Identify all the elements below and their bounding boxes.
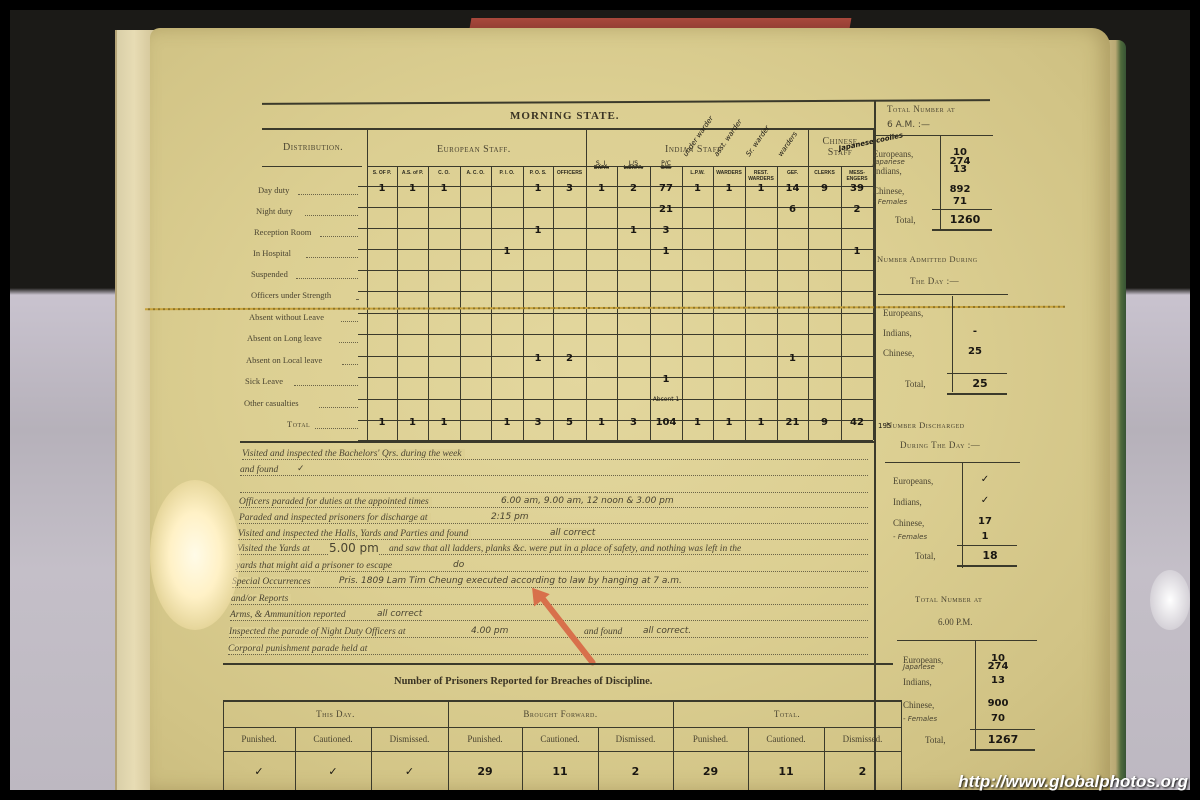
discipline-column-header: Punished. [673, 734, 748, 744]
grid-row-line [358, 313, 873, 314]
cell-value: 1 [428, 183, 460, 194]
row-label: In Hospital [253, 248, 291, 258]
report-line-text: Arms, & Ammunition reported [230, 610, 349, 620]
panel-row-label: Indians, [873, 166, 902, 176]
report-line-text: Visited the Yards at [237, 544, 313, 554]
panel-row-value: 892 [940, 184, 980, 195]
panel-row-value: 900 [978, 698, 1018, 709]
panel-row-label: Europeans, [893, 476, 933, 486]
light-reflection [1150, 570, 1190, 630]
report-line-text: and/or Reports [231, 594, 291, 604]
report-line-text: Visited and inspected the Halls, Yards a… [238, 529, 471, 539]
six-pm-heading: Total Number at [915, 594, 982, 604]
cell-value: 1 [617, 225, 650, 236]
report-line-value: Pris. 1809 Lam Tim Cheung executed accor… [339, 576, 682, 586]
panel-total-rule [970, 729, 1035, 730]
cell-value: 1 [745, 183, 777, 194]
cell-value: 1 [523, 183, 553, 194]
cell-value: 104 [650, 417, 682, 428]
discharged-rule [885, 462, 1020, 463]
panel-row-value: 71 [940, 196, 980, 207]
report-line-value-2: all correct. [643, 626, 691, 636]
panel-row-value: 1 [965, 531, 1005, 542]
row-leader-dots [320, 236, 358, 237]
grid-row-line [358, 291, 873, 292]
morning-state-title: MORNING STATE. [510, 110, 620, 122]
column-header-label: REST. WARDERS [748, 170, 774, 182]
panel-row-label: Chinese, [883, 348, 914, 358]
discharged-vrule [962, 463, 963, 568]
panel-total-label: Total, [915, 551, 936, 561]
discipline-value: 29 [673, 765, 748, 778]
cell-value: 1 [713, 183, 745, 194]
row-leader-dots [356, 299, 358, 300]
column-header: A.S. of P. [397, 170, 428, 176]
six-am-rule [875, 135, 993, 136]
report-line-value: ✓ [297, 464, 305, 474]
discipline-value: ✓ [223, 765, 295, 778]
cell-value: 1 [491, 417, 523, 428]
six-pm-subheading: 6.00 P.M. [938, 617, 973, 627]
panel-row-label: - Females [903, 715, 937, 723]
row-label: Day duty [258, 185, 289, 195]
cell-value: 1 [682, 183, 713, 194]
report-line-text: and found [240, 465, 281, 475]
cell-value: 3 [553, 183, 586, 194]
cell-value: 1 [586, 183, 617, 194]
report-line-text-after: and found [584, 627, 625, 637]
report-line-dots [232, 587, 868, 588]
report-line-text: Officers paraded for duties at the appoi… [239, 497, 432, 507]
column-header: CLERKS [808, 170, 841, 176]
grid-row-line [358, 270, 873, 271]
column-header-label: MESS-ENGERS [846, 170, 867, 182]
cell-value: 1 [841, 246, 873, 257]
panel-row-label: Indians, [883, 328, 912, 338]
panel-total-rule [947, 373, 1007, 374]
column-header: C. O. [428, 170, 460, 176]
cell-value: 1 [682, 417, 713, 428]
report-line-value: 6.00 am, 9.00 am, 12 noon & 3.00 pm [501, 496, 674, 506]
row-leader-dots [315, 428, 359, 429]
column-header-label: GEF. [787, 170, 798, 176]
discipline-group-header: Total. [673, 709, 901, 719]
cell-value: 2 [841, 204, 873, 215]
report-line-dots [230, 620, 868, 621]
discipline-value: 2 [824, 765, 901, 778]
column-header-label: A. C. O. [466, 170, 484, 176]
distribution-header: Distribution. [283, 142, 343, 153]
cell-value: 1 [745, 417, 777, 428]
panel-row-value: 70 [978, 713, 1018, 724]
row-label: Officers under Strength [251, 290, 331, 300]
discharged-heading: Number Discharged [886, 420, 965, 430]
cell-value: 9 [808, 183, 841, 194]
grid-row-line [358, 228, 873, 229]
row-label: Absent on Long leave [247, 333, 322, 343]
row-label: Suspended [251, 269, 288, 279]
report-line-dots [240, 492, 868, 493]
report-line-dots [239, 507, 868, 508]
column-header: P. I. O. [491, 170, 523, 176]
report-line-dots [236, 571, 868, 572]
report-line-value: 5.00 pm [329, 541, 379, 555]
cell-value: 21 [777, 417, 808, 428]
grid-row-line [358, 334, 873, 335]
cell-value: 39 [841, 183, 873, 194]
grid-column-line [586, 128, 587, 440]
cell-value: 1 [650, 246, 682, 257]
cell-value: 77 [650, 183, 682, 194]
cell-value: 1 [523, 353, 553, 364]
row-label: Absent on Local leave [246, 355, 322, 365]
cell-value: 3 [617, 417, 650, 428]
column-header: A. C. O. [460, 170, 491, 176]
report-line-text: Corporal punishment parade held at [228, 644, 370, 654]
column-header-label: CLERKS [814, 170, 835, 176]
panel-row-value: ✓ [965, 495, 1005, 506]
discipline-group-header: This Day. [223, 709, 448, 719]
cell-value: 1 [586, 417, 617, 428]
column-header: GEF. [777, 170, 808, 176]
report-line-value: 4.00 pm [471, 626, 508, 636]
panel-total-value: 1267 [978, 733, 1028, 746]
cell-value: 9 [808, 417, 841, 428]
cell-value: 5 [553, 417, 586, 428]
discipline-group-header: Brought Forward. [448, 709, 673, 719]
panel-total-rule [932, 209, 992, 210]
grid-row-line [358, 249, 873, 250]
report-line-dots [228, 654, 868, 655]
report-line-text-after: and saw that all ladders, planks &c. wer… [389, 544, 741, 554]
six-am-subheading: 6 A.M. :— [887, 120, 930, 130]
column-header: L.P.W. [682, 170, 713, 176]
report-line-text: Inspected the parade of Night Duty Offic… [229, 627, 409, 637]
column-header-label: P. O. S. [530, 170, 547, 176]
discipline-column-header: Dismissed. [824, 734, 901, 744]
discipline-value: 2 [598, 765, 673, 778]
column-header-label: S. OF P. [373, 170, 392, 176]
european-staff-header: European Staff. [437, 144, 511, 155]
cell-value: 1 [397, 183, 428, 194]
panel-total-underline [932, 229, 992, 231]
panel-row-value: 274 [978, 661, 1018, 672]
panel-row-value: 17 [965, 516, 1005, 527]
grid-row-line [358, 399, 873, 400]
discipline-value: 29 [448, 765, 522, 778]
panel-total-label: Total, [905, 379, 926, 389]
panel-row-label: - Females [893, 533, 927, 541]
cell-value: Absent 1 [650, 396, 682, 403]
discipline-header-rule [223, 700, 901, 702]
panel-row-label: Japanese [873, 158, 905, 166]
panel-total-underline [947, 393, 1007, 395]
row-leader-dots [298, 194, 358, 195]
header-rule [262, 128, 874, 130]
discipline-value-rule [223, 751, 901, 752]
column-header-label: OFFICERS [557, 170, 582, 176]
cell-value: 1 [367, 417, 397, 428]
cell-value: 1 [428, 417, 460, 428]
row-leader-dots [296, 278, 358, 279]
panel-row-value: 13 [978, 675, 1018, 686]
row-leader-dots [319, 407, 358, 408]
panel-total-label: Total, [895, 215, 916, 225]
column-header-label: C. O. [438, 170, 450, 176]
cell-value: 1 [713, 417, 745, 428]
report-top-rule [240, 441, 874, 443]
admitted-vrule [952, 296, 953, 392]
row-leader-dots [339, 342, 358, 343]
admitted-rule [878, 294, 1008, 295]
row-label: Other casualties [244, 398, 299, 408]
six-pm-vrule [975, 641, 976, 751]
cell-value: 1 [491, 246, 523, 257]
report-line-value: do [453, 560, 464, 570]
grid-column-line [367, 128, 368, 440]
grid-column-line [808, 128, 809, 440]
panel-row-label: Japanese [903, 663, 935, 671]
column-header: REST. WARDERS [745, 170, 777, 182]
report-line-text: yards that might aid a prisoner to escap… [236, 561, 395, 571]
discipline-value: 11 [522, 765, 598, 778]
distribution-underline [262, 166, 362, 167]
discipline-column-header: Cautioned. [522, 734, 598, 744]
discipline-value: ✓ [295, 765, 371, 778]
panel-row-value: 13 [940, 164, 980, 175]
report-line-value: all correct [550, 528, 595, 538]
discipline-column-header: Cautioned. [748, 734, 824, 744]
column-header-label: WARDERS [716, 170, 742, 176]
report-line-text: Special Occurrences [232, 577, 314, 587]
discipline-column-header: Punished. [448, 734, 522, 744]
row-label: Absent without Leave [249, 312, 324, 322]
panel-total-value: 18 [965, 549, 1015, 562]
column-header-label: A.S. of P. [402, 170, 423, 176]
column-header: P. O. S. [523, 170, 553, 176]
report-line-value: all correct [377, 609, 422, 619]
row-leader-dots [306, 257, 358, 258]
row-leader-dots [342, 364, 358, 365]
column-header: OFFICERS [553, 170, 586, 176]
grid-row-line [358, 377, 873, 378]
admitted-heading: Number Admitted During [877, 254, 978, 264]
row-leader-dots [341, 321, 358, 322]
report-line-text: Paraded and inspected prisoners for disc… [239, 513, 431, 523]
admitted-subheading: The Day :— [910, 276, 959, 286]
six-am-heading: Total Number at [887, 104, 955, 114]
row-leader-dots [294, 385, 358, 386]
column-header: WARDERS [713, 170, 745, 176]
panel-total-label: Total, [925, 735, 946, 745]
subheader-rule [367, 166, 873, 167]
report-line-dots [239, 523, 868, 524]
discipline-subheader-rule [223, 727, 901, 728]
cell-value: 2 [553, 353, 586, 364]
light-glare [150, 480, 240, 630]
watermark: http://www.globalphotos.org [958, 772, 1188, 792]
report-line-dots [229, 637, 868, 638]
row-leader-dots [305, 215, 358, 216]
panel-total-value: 25 [955, 377, 1005, 390]
cell-value: 14 [777, 183, 808, 194]
report-line-value: 2:15 pm [491, 512, 529, 522]
panel-row-label: Europeans, [883, 308, 923, 318]
column-header: MESS-ENGERS [841, 170, 873, 182]
panel-total-value: 1260 [940, 213, 990, 226]
column-header-label: P. I. O. [500, 170, 515, 176]
cell-value: 6 [777, 204, 808, 215]
cell-value: 3 [523, 417, 553, 428]
panel-row-label: Chinese, [873, 186, 904, 196]
panel-row-label: Chinese, [903, 700, 934, 710]
row-label: Reception Room [254, 227, 311, 237]
discipline-value: 11 [748, 765, 824, 778]
cell-value: 21 [650, 204, 682, 215]
six-pm-rule [897, 640, 1037, 641]
discharged-subheading: During The Day :— [900, 440, 980, 450]
discipline-title: Number of Prisoners Reported for Breache… [394, 676, 652, 687]
cell-value: 1 [777, 353, 808, 364]
cell-value: 1 [397, 417, 428, 428]
column-header-label: L.P.W. [690, 170, 704, 176]
discipline-column-header: Cautioned. [295, 734, 371, 744]
report-line-dots [240, 475, 868, 476]
panel-total-underline [970, 749, 1035, 751]
panel-row-label: Indians, [893, 497, 922, 507]
panel-row-label: - Females [873, 198, 907, 206]
panel-total-rule [957, 545, 1017, 546]
discipline-column-line [901, 700, 902, 790]
cell-value: 1 [523, 225, 553, 236]
panel-row-value: ✓ [965, 474, 1005, 485]
discipline-top-rule [223, 663, 893, 665]
discipline-column-header: Dismissed. [371, 734, 448, 744]
panel-row-value: - [955, 326, 995, 337]
panel-total-underline [957, 565, 1017, 567]
cell-value: 1 [367, 183, 397, 194]
panel-row-label: Chinese, [893, 518, 924, 528]
row-label: Total [287, 419, 310, 429]
report-line-text: Visited and inspected the Bachelors' Qrs… [242, 449, 465, 459]
report-line-dots [238, 539, 868, 540]
row-label: Sick Leave [245, 376, 283, 386]
panel-row-label: Indians, [903, 677, 932, 687]
cell-value: 3 [650, 225, 682, 236]
discipline-value: ✓ [371, 765, 448, 778]
row-label: Night duty [256, 206, 293, 216]
discipline-column-header: Dismissed. [598, 734, 673, 744]
cell-value: 42 [841, 417, 873, 428]
column-header: S. OF P. [367, 170, 397, 176]
discipline-column-header: Punished. [223, 734, 295, 744]
report-line-dots [242, 459, 868, 460]
cell-value: 1 [650, 374, 682, 385]
panel-row-value: 25 [955, 346, 995, 357]
cell-value: 2 [617, 183, 650, 194]
